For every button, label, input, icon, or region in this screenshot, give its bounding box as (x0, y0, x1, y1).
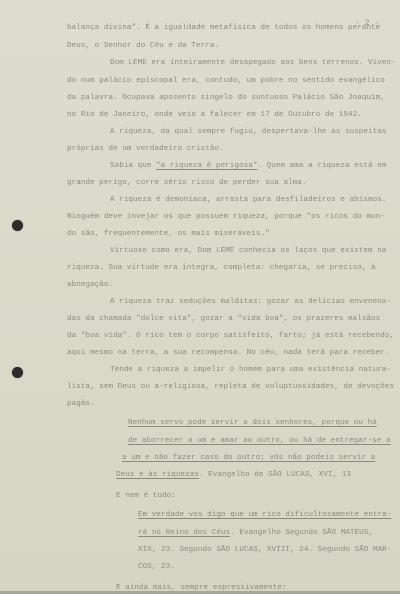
text-line: Deus, o Senhor do Céu e da Terra. (67, 42, 219, 51)
line-text: próprias de um verdadeiro cristão. (67, 145, 224, 153)
quote-line: COS, 23. (138, 563, 175, 572)
punch-hole-icon (12, 367, 23, 378)
line-text: A riqueza é demoníaca, arrasta para desf… (110, 196, 386, 204)
text-line: abnegação. (67, 281, 113, 290)
line-text: . Evangelho Segundo SÃO MATEUS, (230, 529, 373, 537)
text-line: Ninguém deve invejar os que possuem riqu… (67, 213, 385, 222)
underlined-text: "a riqueza é perigosa" (156, 162, 257, 170)
line-text: do são, frequentemente, os mais miseráve… (67, 230, 270, 238)
quote-line: XIX, 23. Segundo SÃO LUCAS, XVIII, 24. S… (138, 546, 391, 555)
line-text: Ninguém deve invejar os que possuem riqu… (67, 213, 385, 221)
text-line: riqueza. Sua virtude era integra, comple… (67, 264, 376, 273)
text-line: no Rio de Janeiro, onde veio a falecer e… (67, 111, 362, 120)
line-text: Sabia que (110, 162, 156, 170)
text-line: Virtuoso como era, Dom LEME conhecia os … (110, 247, 386, 256)
typewritten-page: - 2 - balança divina". É a igualdade met… (0, 0, 400, 594)
line-text: COS, 23. (138, 563, 175, 571)
text-line: aqui mesmo na terra, a sua recompensa. N… (67, 349, 390, 358)
line-text: no Rio de Janeiro, onde veio a falecer e… (67, 111, 362, 119)
text-line: do são, frequentemente, os mais miseráve… (67, 230, 270, 239)
line-text: da palavra. Ocupava aposento singelo do … (67, 94, 385, 102)
text-line: Sabia que "a riqueza é perigosa". Quem a… (110, 162, 386, 171)
line-text: do num palácio episcopal era, contudo, u… (67, 77, 385, 85)
line-text: A riqueza traz seduções malditas: gozar … (110, 298, 391, 306)
line-text: abnegação. (67, 281, 113, 289)
line-text: Tende a riqueza a impelir o homem para u… (110, 366, 391, 374)
line-text: XIX, 23. Segundo SÃO LUCAS, XVIII, 24. S… (138, 546, 391, 554)
text-line: Dom LEME era inteiramente desapegado aos… (110, 59, 396, 68)
line-text: Deus, o Senhor do Céu e da Terra. (67, 42, 219, 50)
line-text: das da chamada "dolce vita", gozar a "vi… (67, 315, 380, 323)
underlined-text: Nenhum servo pode servir a dois senhores… (128, 419, 377, 427)
line-text: balança divina". É a igualdade metafísic… (67, 24, 380, 32)
line-text: riqueza. Sua virtude era integra, comple… (67, 264, 376, 272)
quote-line: Em verdade vos digo que um rico dificult… (138, 511, 391, 520)
text-line: da "boa vida". O rico tem o corpo satisf… (67, 332, 394, 341)
underlined-text: Deus e às riquezas (116, 471, 199, 479)
underlined-text: rá no Reino dos Céus (138, 529, 230, 537)
line-text: lista, sem Deus ou a-religiosa, repleta … (67, 383, 394, 391)
text-line: das da chamada "dolce vita", gozar a "vi… (67, 315, 380, 324)
text-line: da palavra. Ocupava aposento singelo do … (67, 94, 385, 103)
line-text: grande perigo, corre sério risco de perd… (67, 179, 307, 187)
quote-line: Nenhum servo pode servir a dois senhores… (128, 419, 377, 428)
quote-line: Deus e às riquezas. Evangelho de SÃO LUC… (116, 471, 351, 480)
text-line: balança divina". É a igualdade metafísic… (67, 24, 380, 33)
punch-hole-icon (12, 220, 23, 231)
line-text: . Evangelho de SÃO LUCAS, XVI, 13 (199, 471, 351, 479)
text-line: A riqueza, da qual sempre fugiu, despert… (110, 128, 386, 137)
line-text: A riqueza, da qual sempre fugiu, despert… (110, 128, 386, 136)
underlined-text: de aborrecer a um e amar ao outro, ou há… (128, 437, 391, 445)
text-line: do num palácio episcopal era, contudo, u… (67, 77, 385, 86)
line-text: da "boa vida". O rico tem o corpo satisf… (67, 332, 394, 340)
line-text: . Quem ama a riqueza está em (257, 162, 386, 170)
text-line: A riqueza é demoníaca, arrasta para desf… (110, 196, 386, 205)
line-text: Virtuoso como era, Dom LEME conhecia os … (110, 247, 386, 255)
text-line: pagãs. (67, 400, 95, 409)
quote-line: a um e não fazer caso do outro; vós não … (122, 454, 375, 463)
quote-line: rá no Reino dos Céus. Evangelho Segundo … (138, 529, 373, 538)
underlined-text: Em verdade vos digo que um rico dificult… (138, 511, 391, 519)
text-line: E nem é tudo: (116, 492, 176, 501)
text-line: Tende a riqueza a impelir o homem para u… (110, 366, 391, 375)
text-line: próprias de um verdadeiro cristão. (67, 145, 224, 154)
line-text: pagãs. (67, 400, 95, 408)
text-line: A riqueza traz seduções malditas: gozar … (110, 298, 391, 307)
line-text: aqui mesmo na terra, a sua recompensa. N… (67, 349, 390, 357)
line-text: Dom LEME era inteiramente desapegado aos… (110, 59, 396, 67)
quote-line: de aborrecer a um e amar ao outro, ou há… (128, 437, 391, 446)
line-text: E nem é tudo: (116, 492, 176, 500)
text-line: lista, sem Deus ou a-religiosa, repleta … (67, 383, 394, 392)
underlined-text: a um e não fazer caso do outro; vós não … (122, 454, 375, 462)
text-line: grande perigo, corre sério risco de perd… (67, 179, 307, 188)
